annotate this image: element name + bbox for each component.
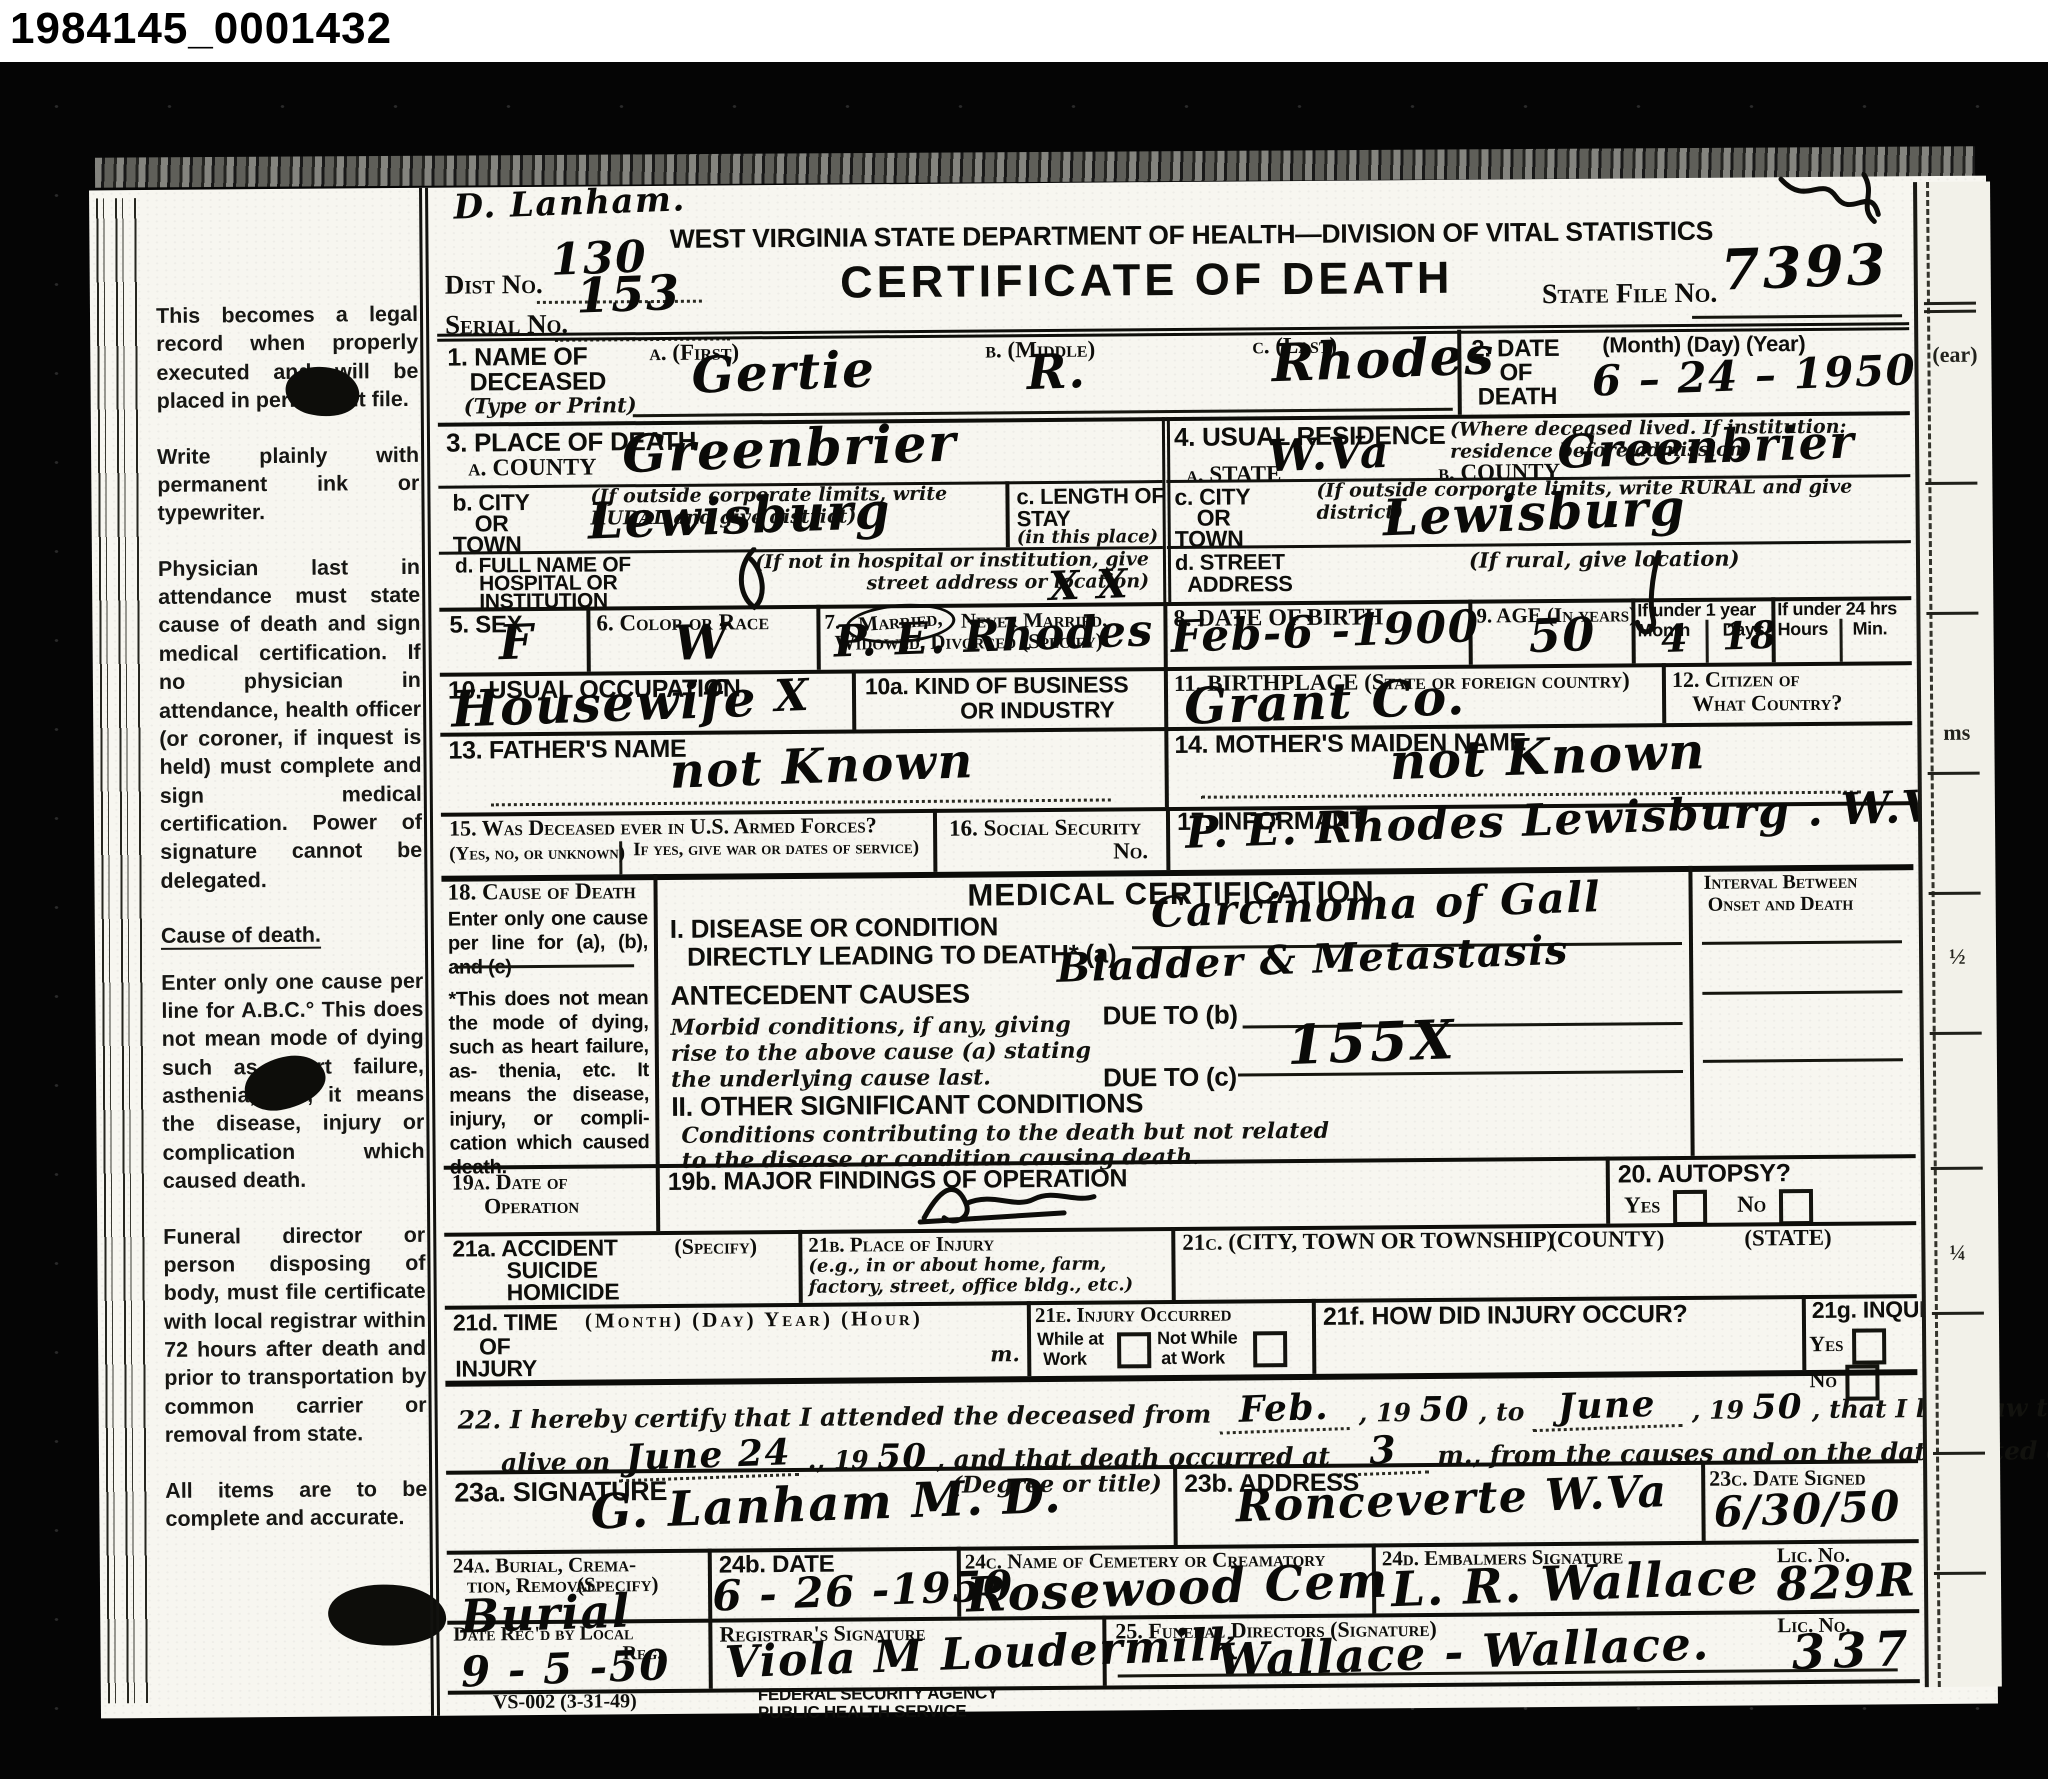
middle-name-handwriting: R. [1026, 343, 1088, 401]
cell-divider [1457, 330, 1462, 415]
accident-label-3: HOMICIDE [507, 1278, 620, 1306]
inquest-yes-label: Yes [1809, 1331, 1843, 1356]
cell-divider [1005, 481, 1010, 547]
dod-value-handwriting: 6 – 24 – 1950 [1591, 345, 1917, 406]
alive-on-handwriting: June 24 [617, 1431, 798, 1482]
occupation-x-mark: X [773, 670, 810, 722]
under24h-col1: Hours [1777, 619, 1828, 640]
cell-divider [586, 607, 591, 672]
sex-value-handwriting: F [498, 614, 536, 671]
section-rule [445, 1369, 1917, 1387]
cell-divider [798, 1230, 803, 1303]
pod-county-handwriting: Greenbrier [621, 412, 958, 485]
business-label-2: OR INDUSTRY [960, 696, 1115, 724]
stacked-pages-edge [91, 198, 149, 1703]
from-year-handwriting: 50 [1419, 1390, 1470, 1430]
scanned-document: 1984145_0001432 This becomes a legal rec… [0, 0, 2048, 1779]
cell-divider [1701, 1461, 1706, 1541]
res-state-handwriting: W.Va [1267, 427, 1391, 482]
injury-city-label: 21c. (CITY, TOWN OR TOWNSHIP) [1182, 1227, 1554, 1256]
cell-divider [1163, 602, 1168, 667]
dod-label-3: DEATH [1478, 383, 1558, 412]
instruction-paragraph: All items are to be complete and accurat… [165, 1474, 427, 1533]
scan-id-bar: 1984145_0001432 [0, 0, 2048, 62]
cell-divider [1606, 1157, 1611, 1224]
armed-forces-note-2: If yes, give war or dates of service) [633, 837, 919, 861]
accident-specify-note: (Specify) [674, 1233, 757, 1260]
cause-of-death-label: 18. Cause of Death [447, 878, 635, 905]
cell-divider [933, 809, 937, 872]
cell-divider [852, 669, 856, 729]
mini-divider [1839, 619, 1842, 662]
cell-divider [816, 605, 821, 670]
injury-state-label: (STATE) [1744, 1225, 1832, 1252]
agency-line-2: PUBLIC HEALTH SERVICE [758, 1702, 967, 1724]
stay-note: (in this place) [1017, 526, 1159, 548]
date-of-operation-label-1: 19a. Date of [452, 1169, 568, 1196]
edge-rule [1933, 1452, 1985, 1455]
cell-divider [1171, 1227, 1176, 1300]
name-label-3: (Type or Print) [464, 392, 637, 418]
instructions-column: This becomes a legal record when properl… [156, 300, 428, 1560]
edge-rule [1925, 482, 1977, 485]
embalmer-signature-handwriting: L. R. Wallace [1390, 1549, 1760, 1618]
findings-scribble-handwriting [914, 1172, 1174, 1230]
cause-of-death-heading: Cause of death. [161, 920, 423, 950]
cell-divider [1164, 727, 1169, 807]
cause-c-line [1238, 1038, 1683, 1076]
certify-text-2: , 19 [1359, 1398, 1411, 1427]
autopsy-yes-checkbox [1673, 1190, 1707, 1226]
edge-rule [1934, 1572, 1986, 1575]
certificate-title: CERTIFICATE OF DEATH [747, 251, 1547, 309]
cause-note-1: Enter only one cause per line for (a), (… [448, 906, 649, 980]
under1yr-days-handwriting: 18 [1721, 612, 1778, 659]
fd-line [1117, 1636, 1897, 1677]
father-name-label: 13. FATHER'S NAME [448, 735, 686, 766]
autopsy-label: 20. AUTOPSY? [1618, 1159, 1791, 1189]
interval-label-1: Interval Between [1703, 871, 1857, 895]
time-m-label: m. [990, 1341, 1020, 1366]
pod-county-label: a. COUNTY [468, 454, 596, 482]
cell-divider [1802, 1295, 1807, 1370]
res-city-handwriting: Lewisburg [1382, 478, 1687, 548]
edge-fragment: ms [1943, 720, 1970, 746]
pen-flourish-mark [1766, 166, 1907, 247]
underline-rule [454, 956, 634, 968]
mother-name-handwriting: not Known [1389, 721, 1707, 791]
serial-no-value: 153 [575, 265, 682, 325]
date-recd-handwriting: 9 - 5 -50 [460, 1640, 671, 1696]
last-name-handwriting: Rhodes [1270, 325, 1495, 394]
pod-city-handwriting: Lewisburg [587, 481, 892, 551]
cause-note-2: *This does not mean the mode of dying, s… [448, 986, 650, 1180]
cell-divider [1173, 1465, 1178, 1545]
edge-rule [1932, 1312, 1984, 1315]
race-value-handwriting: W [673, 614, 730, 672]
dob-value-handwriting: Feb-6 -1900 [1170, 601, 1481, 663]
under24h-label: If under 24 hrs [1777, 598, 1897, 620]
instruction-paragraph: Physician last in attendance must state … [158, 553, 423, 896]
res-county-handwriting: Greenbrier [1556, 414, 1856, 479]
edge-rule [1924, 302, 1976, 305]
autopsy-no-checkbox [1779, 1189, 1813, 1225]
instruction-paragraph: Write plainly with permanent ink or type… [157, 440, 420, 527]
cell-divider [656, 1164, 661, 1231]
form-number: VS-002 (3-31-49) [493, 1690, 637, 1714]
cell-divider [1166, 807, 1170, 870]
injury-occurred-label: 21e. Injury Occurred [1035, 1302, 1232, 1329]
edge-rule [1924, 310, 1976, 313]
while-at-work-label-1: While at [1037, 1329, 1104, 1351]
attended-from-handwriting: Feb. [1219, 1385, 1351, 1435]
edge-rule [1926, 612, 1978, 615]
under24h-col2: Min. [1852, 618, 1887, 639]
edge-fragment: ¼ [1949, 1240, 1966, 1266]
not-while-work-label-1: Not While [1157, 1327, 1237, 1349]
autopsy-no-label: No [1737, 1192, 1766, 1217]
ssn-label-2: No. [1113, 838, 1148, 864]
cell-divider [1027, 1301, 1032, 1376]
cell-divider [1164, 667, 1168, 727]
due-to-b-label: DUE TO (b) [1102, 999, 1237, 1031]
certify-text-4: , 19 [1692, 1396, 1744, 1425]
edge-rule [1930, 1032, 1982, 1035]
other-conditions-label: II. OTHER SIGNIFICANT CONDITIONS [671, 1088, 1143, 1123]
interval-label-2: Onset and Death [1708, 893, 1854, 917]
age-value-handwriting: 50 [1528, 607, 1597, 663]
section-divider [1162, 417, 1171, 602]
certify-no: 22. [458, 1405, 502, 1434]
time-of-injury-columns: (Month) (Day) Year) (Hour) [585, 1306, 923, 1334]
mini-divider [1705, 620, 1708, 663]
autopsy-yes-label: Yes [1624, 1192, 1660, 1217]
cell-divider [1312, 1299, 1317, 1374]
certify-text-1: I hereby certify that I attended the dec… [510, 1400, 1212, 1435]
disease-label-2: DIRECTLY LEADING TO DEATH* (a) [687, 938, 1116, 972]
dist-no-label: Dist No. [445, 269, 543, 301]
interval-line-c [1703, 1034, 1903, 1063]
instruction-paragraph: Funeral director or person disposing of … [163, 1220, 427, 1449]
underlying-page-edge: (ear) ms ½ ¼ [1913, 182, 2002, 1688]
cell-divider [708, 1619, 713, 1689]
cell-divider [1662, 663, 1666, 723]
scan-id-label: 1984145_0001432 [10, 4, 392, 54]
edge-rule [1931, 1167, 1983, 1170]
certificate-page: This becomes a legal record when properl… [89, 176, 1998, 1719]
citizen-label-1: 12. Citizen of [1672, 666, 1800, 693]
place-of-injury-note: (e.g., in or about home, farm, factory, … [808, 1254, 1158, 1298]
certify-text-3: , to [1479, 1397, 1525, 1426]
date-of-operation-label-2: Operation [484, 1193, 579, 1220]
edge-dashed-line [1926, 182, 1941, 1687]
cell-divider [653, 874, 659, 1164]
embalmer-lic-handwriting: 829R [1775, 1552, 1917, 1611]
burial-value-handwriting: Burial [460, 1584, 632, 1644]
edge-fragment: ½ [1949, 944, 1966, 970]
while-at-work-checkbox [1117, 1332, 1151, 1368]
to-year-handwriting: 50 [1752, 1387, 1803, 1427]
while-at-work-label-2: Work [1043, 1349, 1087, 1370]
marital-value-handwriting: P. E. Rhodes [833, 605, 1155, 667]
date-signed-handwriting: 6/30/50 [1713, 1481, 1902, 1537]
antecedent-label: ANTECEDENT CAUSES [670, 979, 970, 1012]
street-label-2: ADDRESS [1187, 571, 1293, 598]
citizen-label-2: What Country? [1692, 690, 1842, 717]
edge-rule [1929, 892, 1981, 895]
interval-line-a [1702, 916, 1902, 945]
not-while-work-checkbox [1253, 1331, 1287, 1367]
attended-to-handwriting: June [1532, 1382, 1684, 1432]
edge-rule [1928, 772, 1980, 775]
cell-divider [1688, 866, 1694, 1156]
injury-county-label: (COUNTY) [1549, 1226, 1664, 1253]
inquest-yes-checkbox [1852, 1328, 1886, 1364]
certificate-form: D. Lanham. WEST VIRGINIA STATE DEPARTMEN… [436, 176, 1920, 1716]
occupation-value-handwriting: Housewife [450, 669, 758, 739]
under1yr-month-handwriting: 4 [1660, 615, 1690, 661]
armed-forces-note-1: (Yes, no, or unknown) [449, 842, 625, 865]
first-name-handwriting: Gertie [691, 339, 877, 405]
morbid-note: Morbid conditions, if any, giving rise t… [671, 1013, 1102, 1094]
edge-fragment: (ear) [1932, 342, 1977, 368]
row-rule [444, 1221, 1916, 1237]
not-while-work-label-2: at Work [1161, 1348, 1225, 1369]
how-injury-label: 21f. HOW DID INJURY OCCUR? [1323, 1300, 1688, 1332]
interval-line-b [1702, 966, 1902, 995]
father-name-handwriting: not Known [669, 733, 975, 800]
department-title: WEST VIRGINIA STATE DEPARTMENT OF HEALTH… [566, 215, 1816, 256]
autopsy-options: Yes No [1624, 1189, 1813, 1226]
doctor-name-handwriting: D. Lanham. [453, 179, 686, 227]
street-note: (If rural, give location) [1469, 546, 1740, 573]
time-of-injury-label-3: INJURY [455, 1355, 537, 1383]
